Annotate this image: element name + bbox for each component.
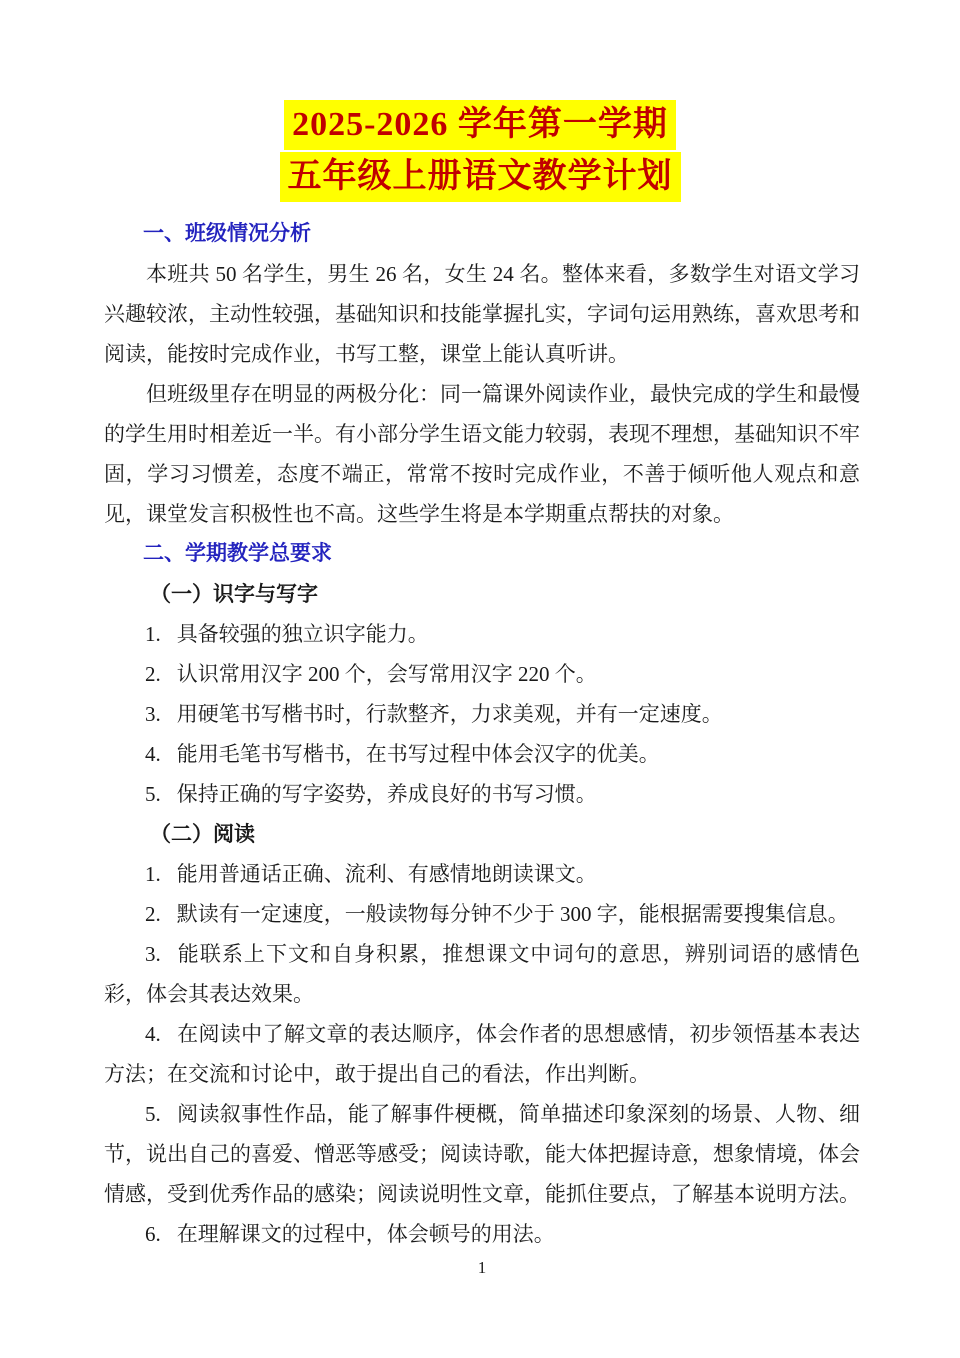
reading-item-3: 3.能联系上下文和自身积累，推想课文中词句的意思，辨别词语的感情色彩，体会其表达… [104, 934, 860, 1014]
reading-item-2-number: 2. [145, 902, 161, 926]
reading-item-5: 5.阅读叙事性作品，能了解事件梗概，简单描述印象深刻的场景、人物、细节，说出自己… [104, 1094, 860, 1214]
title-line-1-wrap: 2025-2026 学年第一学期 [0, 100, 960, 150]
reading-item-4-number: 4. [145, 1022, 161, 1046]
document-page: 2025-2026 学年第一学期 五年级上册语文教学计划 一、班级情况分析 本班… [0, 0, 960, 1358]
literacy-item-3-number: 3. [145, 702, 161, 726]
reading-item-3-number: 3. [145, 942, 161, 966]
title-line-2: 五年级上册语文教学计划 [280, 152, 681, 202]
subsection-reading-heading: （二）阅读 [104, 814, 860, 854]
literacy-item-2-text: 认识常用汉字 200 个，会写常用汉字 220 个。 [177, 662, 597, 686]
subsection-literacy-heading: （一）识字与写字 [104, 574, 860, 614]
reading-item-2-text: 默读有一定速度，一般读物每分钟不少于 300 字，能根据需要搜集信息。 [177, 902, 849, 926]
reading-item-4-text: 在阅读中了解文章的表达顺序，体会作者的思想感情，初步领悟基本表达方法；在交流和讨… [104, 1022, 860, 1086]
literacy-item-1-text: 具备较强的独立识字能力。 [177, 622, 429, 646]
literacy-item-4: 4.能用毛笔书写楷书，在书写过程中体会汉字的优美。 [104, 734, 860, 774]
literacy-item-5-number: 5. [145, 782, 161, 806]
reading-item-6: 6.在理解课文的过程中，体会顿号的用法。 [104, 1214, 860, 1254]
reading-item-2: 2.默读有一定速度，一般读物每分钟不少于 300 字，能根据需要搜集信息。 [104, 894, 860, 934]
literacy-item-4-number: 4. [145, 742, 161, 766]
title-line-1: 2025-2026 学年第一学期 [284, 100, 676, 150]
reading-item-6-text: 在理解课文的过程中，体会顿号的用法。 [177, 1222, 555, 1246]
reading-item-1-number: 1. [145, 862, 161, 886]
reading-item-4: 4.在阅读中了解文章的表达顺序，体会作者的思想感情，初步领悟基本表达方法；在交流… [104, 1014, 860, 1094]
literacy-item-2-number: 2. [145, 662, 161, 686]
literacy-item-3-text: 用硬笔书写楷书时，行款整齐，力求美观，并有一定速度。 [177, 702, 723, 726]
literacy-item-1-number: 1. [145, 622, 161, 646]
literacy-item-2: 2.认识常用汉字 200 个，会写常用汉字 220 个。 [104, 654, 860, 694]
reading-item-1: 1.能用普通话正确、流利、有感情地朗读课文。 [104, 854, 860, 894]
literacy-item-4-text: 能用毛笔书写楷书，在书写过程中体会汉字的优美。 [177, 742, 660, 766]
document-title: 2025-2026 学年第一学期 五年级上册语文教学计划 [0, 0, 960, 202]
reading-item-5-text: 阅读叙事性作品，能了解事件梗概，简单描述印象深刻的场景、人物、细节，说出自己的喜… [104, 1102, 860, 1206]
section-1-heading: 一、班级情况分析 [104, 214, 860, 254]
literacy-item-1: 1.具备较强的独立识字能力。 [104, 614, 860, 654]
literacy-item-5: 5.保持正确的写字姿势，养成良好的书写习惯。 [104, 774, 860, 814]
literacy-item-3: 3.用硬笔书写楷书时，行款整齐，力求美观，并有一定速度。 [104, 694, 860, 734]
section-2-heading: 二、学期教学总要求 [104, 534, 860, 574]
title-line-2-wrap: 五年级上册语文教学计划 [0, 150, 960, 202]
reading-item-6-number: 6. [145, 1222, 161, 1246]
class-overview-paragraph: 本班共 50 名学生，男生 26 名，女生 24 名。整体来看，多数学生对语文学… [104, 254, 860, 374]
reading-item-5-number: 5. [145, 1102, 161, 1126]
literacy-item-5-text: 保持正确的写字姿势，养成良好的书写习惯。 [177, 782, 597, 806]
reading-item-1-text: 能用普通话正确、流利、有感情地朗读课文。 [177, 862, 597, 886]
document-body: 一、班级情况分析 本班共 50 名学生，男生 26 名，女生 24 名。整体来看… [104, 214, 860, 1280]
page-number: 1 [104, 1256, 860, 1280]
reading-item-3-text: 能联系上下文和自身积累，推想课文中词句的意思，辨别词语的感情色彩，体会其表达效果… [104, 942, 860, 1006]
class-polarization-paragraph: 但班级里存在明显的两极分化：同一篇课外阅读作业，最快完成的学生和最慢的学生用时相… [104, 374, 860, 534]
